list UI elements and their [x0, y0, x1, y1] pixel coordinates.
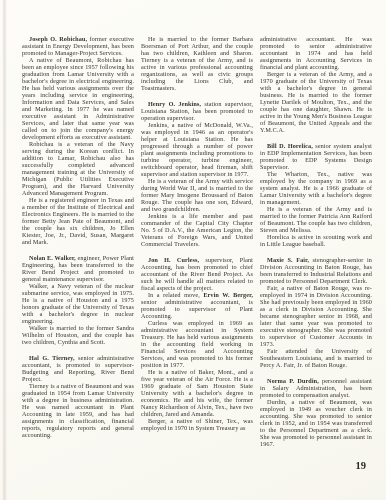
entry-paragraph: Bill D. Horelica, senior system analyst … [260, 143, 372, 171]
body-text: He is married to the former Barbara Boer… [141, 36, 253, 92]
person-name: Bill D. Horelica, [267, 143, 313, 150]
body-paragraph: He is a veteran of the Army and is marri… [260, 206, 372, 234]
body-text: Berger is a veteran of the Army, and a 1… [260, 71, 372, 134]
body-text: He is a registered engineer in Texas and… [22, 197, 134, 246]
person-name: Nolan E. Walker, [29, 255, 76, 262]
entry-paragraph: Jon H. Curless, supervisor, Plant Accoun… [141, 257, 253, 292]
body-text: Jenkins, a native of McDonald, W.Va., wa… [141, 122, 253, 178]
body-paragraph: Durdin, a native of Beaumont, was employ… [260, 399, 372, 448]
body-text: senior administrative accountant, is pro… [141, 299, 253, 320]
body-paragraph: administrative accountant. He was promot… [260, 36, 372, 71]
person-name: Norma P. Durdin, [267, 378, 319, 385]
body-paragraph: Curless was employed in 1969 as administ… [141, 320, 253, 369]
page-number: 19 [356, 461, 367, 472]
body-text: Robichau is a veteran of the Navy servin… [22, 141, 134, 197]
entry-paragraph: Norma P. Durdin, personnel assistant in … [260, 378, 372, 399]
body-paragraph: Fair, a native of Baton Rouge, was re-em… [260, 285, 372, 348]
person-name: Ervin W. Berger, [203, 292, 253, 299]
entry-paragraph: Joseph O. Robichau, former executive ass… [22, 36, 134, 57]
entry-paragraph: Nolan E. Walker, engineer, Power Plant E… [22, 255, 134, 283]
body-text: The Wharton, Tex., native was employed b… [260, 171, 372, 206]
body-text: He is a veteran of the Army with service… [141, 178, 253, 213]
text-column: Joseph O. Robichau, former executive ass… [22, 36, 134, 448]
body-text: Curless was employed in 1969 as administ… [141, 320, 253, 369]
body-text: He is a native of Baker, Mont., and a fi… [141, 369, 253, 418]
body-paragraph: Berger is a veteran of the Army, and a 1… [260, 71, 372, 134]
entry-paragraph: Henry O. Jenkins, station supervisor, Lo… [141, 101, 253, 122]
body-text: Fair, a native of Baton Rouge, was re-em… [260, 285, 372, 348]
body-text: Durdin, a native of Beaumont, was employ… [260, 399, 372, 448]
body-text: Horelica is active in scouting work and … [260, 234, 372, 248]
body-text: Jenkins is a life member and past comman… [141, 213, 253, 248]
body-paragraph: Fair attended the University of Southeas… [260, 348, 372, 369]
person-name: Jon H. Curless, [148, 257, 199, 264]
body-text: Tierney is a native of Beaumont and was … [22, 383, 134, 439]
body-text: Walker, a Navy veteran of the nuclear su… [22, 283, 134, 325]
person-name: Joseph O. Robichau, [29, 36, 87, 43]
text-columns: Joseph O. Robichau, former executive ass… [0, 0, 386, 448]
body-paragraph: The Wharton, Tex., native was employed b… [260, 171, 372, 206]
body-paragraph: Walker is married to the former Sandra W… [22, 325, 134, 346]
body-text: Fair attended the University of Southeas… [260, 348, 372, 369]
body-paragraph: He is a veteran of the Army with service… [141, 178, 253, 213]
text-column: He is married to the former Barbara Boer… [141, 36, 253, 448]
body-paragraph: Berger, a native of Shiner, Tex., was em… [141, 418, 253, 432]
body-text: He is a veteran of the Army and is marri… [260, 206, 372, 234]
entry-paragraph: Maxie S. Fair, stenographer-senior in Di… [260, 257, 372, 285]
body-paragraph: Jenkins, a native of McDonald, W.Va., wa… [141, 122, 253, 178]
body-paragraph: He is married to the former Barbara Boer… [141, 36, 253, 92]
person-name: Hal G. Tierney, [29, 355, 75, 362]
body-text: Berger, a native of Shiner, Tex., was em… [141, 418, 253, 432]
body-paragraph: Walker, a Navy veteran of the nuclear su… [22, 283, 134, 325]
body-paragraph: Horelica is active in scouting work and … [260, 234, 372, 248]
body-paragraph: Jenkins is a life member and past comman… [141, 213, 253, 248]
body-paragraph: Robichau is a veteran of the Navy servin… [22, 141, 134, 197]
entry-paragraph: In a related move, Ervin W. Berger, seni… [141, 292, 253, 320]
body-text: administrative accountant. He was promot… [260, 36, 372, 71]
body-text: A native of Beaumont, Robichau has been … [22, 57, 134, 141]
body-paragraph: A native of Beaumont, Robichau has been … [22, 57, 134, 141]
document-page: Joseph O. Robichau, former executive ass… [0, 0, 386, 500]
body-text: Walker is married to the former Sandra W… [22, 325, 134, 346]
person-name: Maxie S. Fair, [267, 257, 309, 264]
text-column: administrative accountant. He was promot… [260, 36, 372, 448]
entry-paragraph: Hal G. Tierney, senior administrative ac… [22, 355, 134, 383]
person-name: Henry O. Jenkins, [148, 101, 201, 108]
body-paragraph: Tierney is a native of Beaumont and was … [22, 383, 134, 439]
body-paragraph: He is a native of Baker, Mont., and a fi… [141, 369, 253, 418]
body-text: In a related move, [148, 292, 203, 299]
body-paragraph: He is a registered engineer in Texas and… [22, 197, 134, 246]
